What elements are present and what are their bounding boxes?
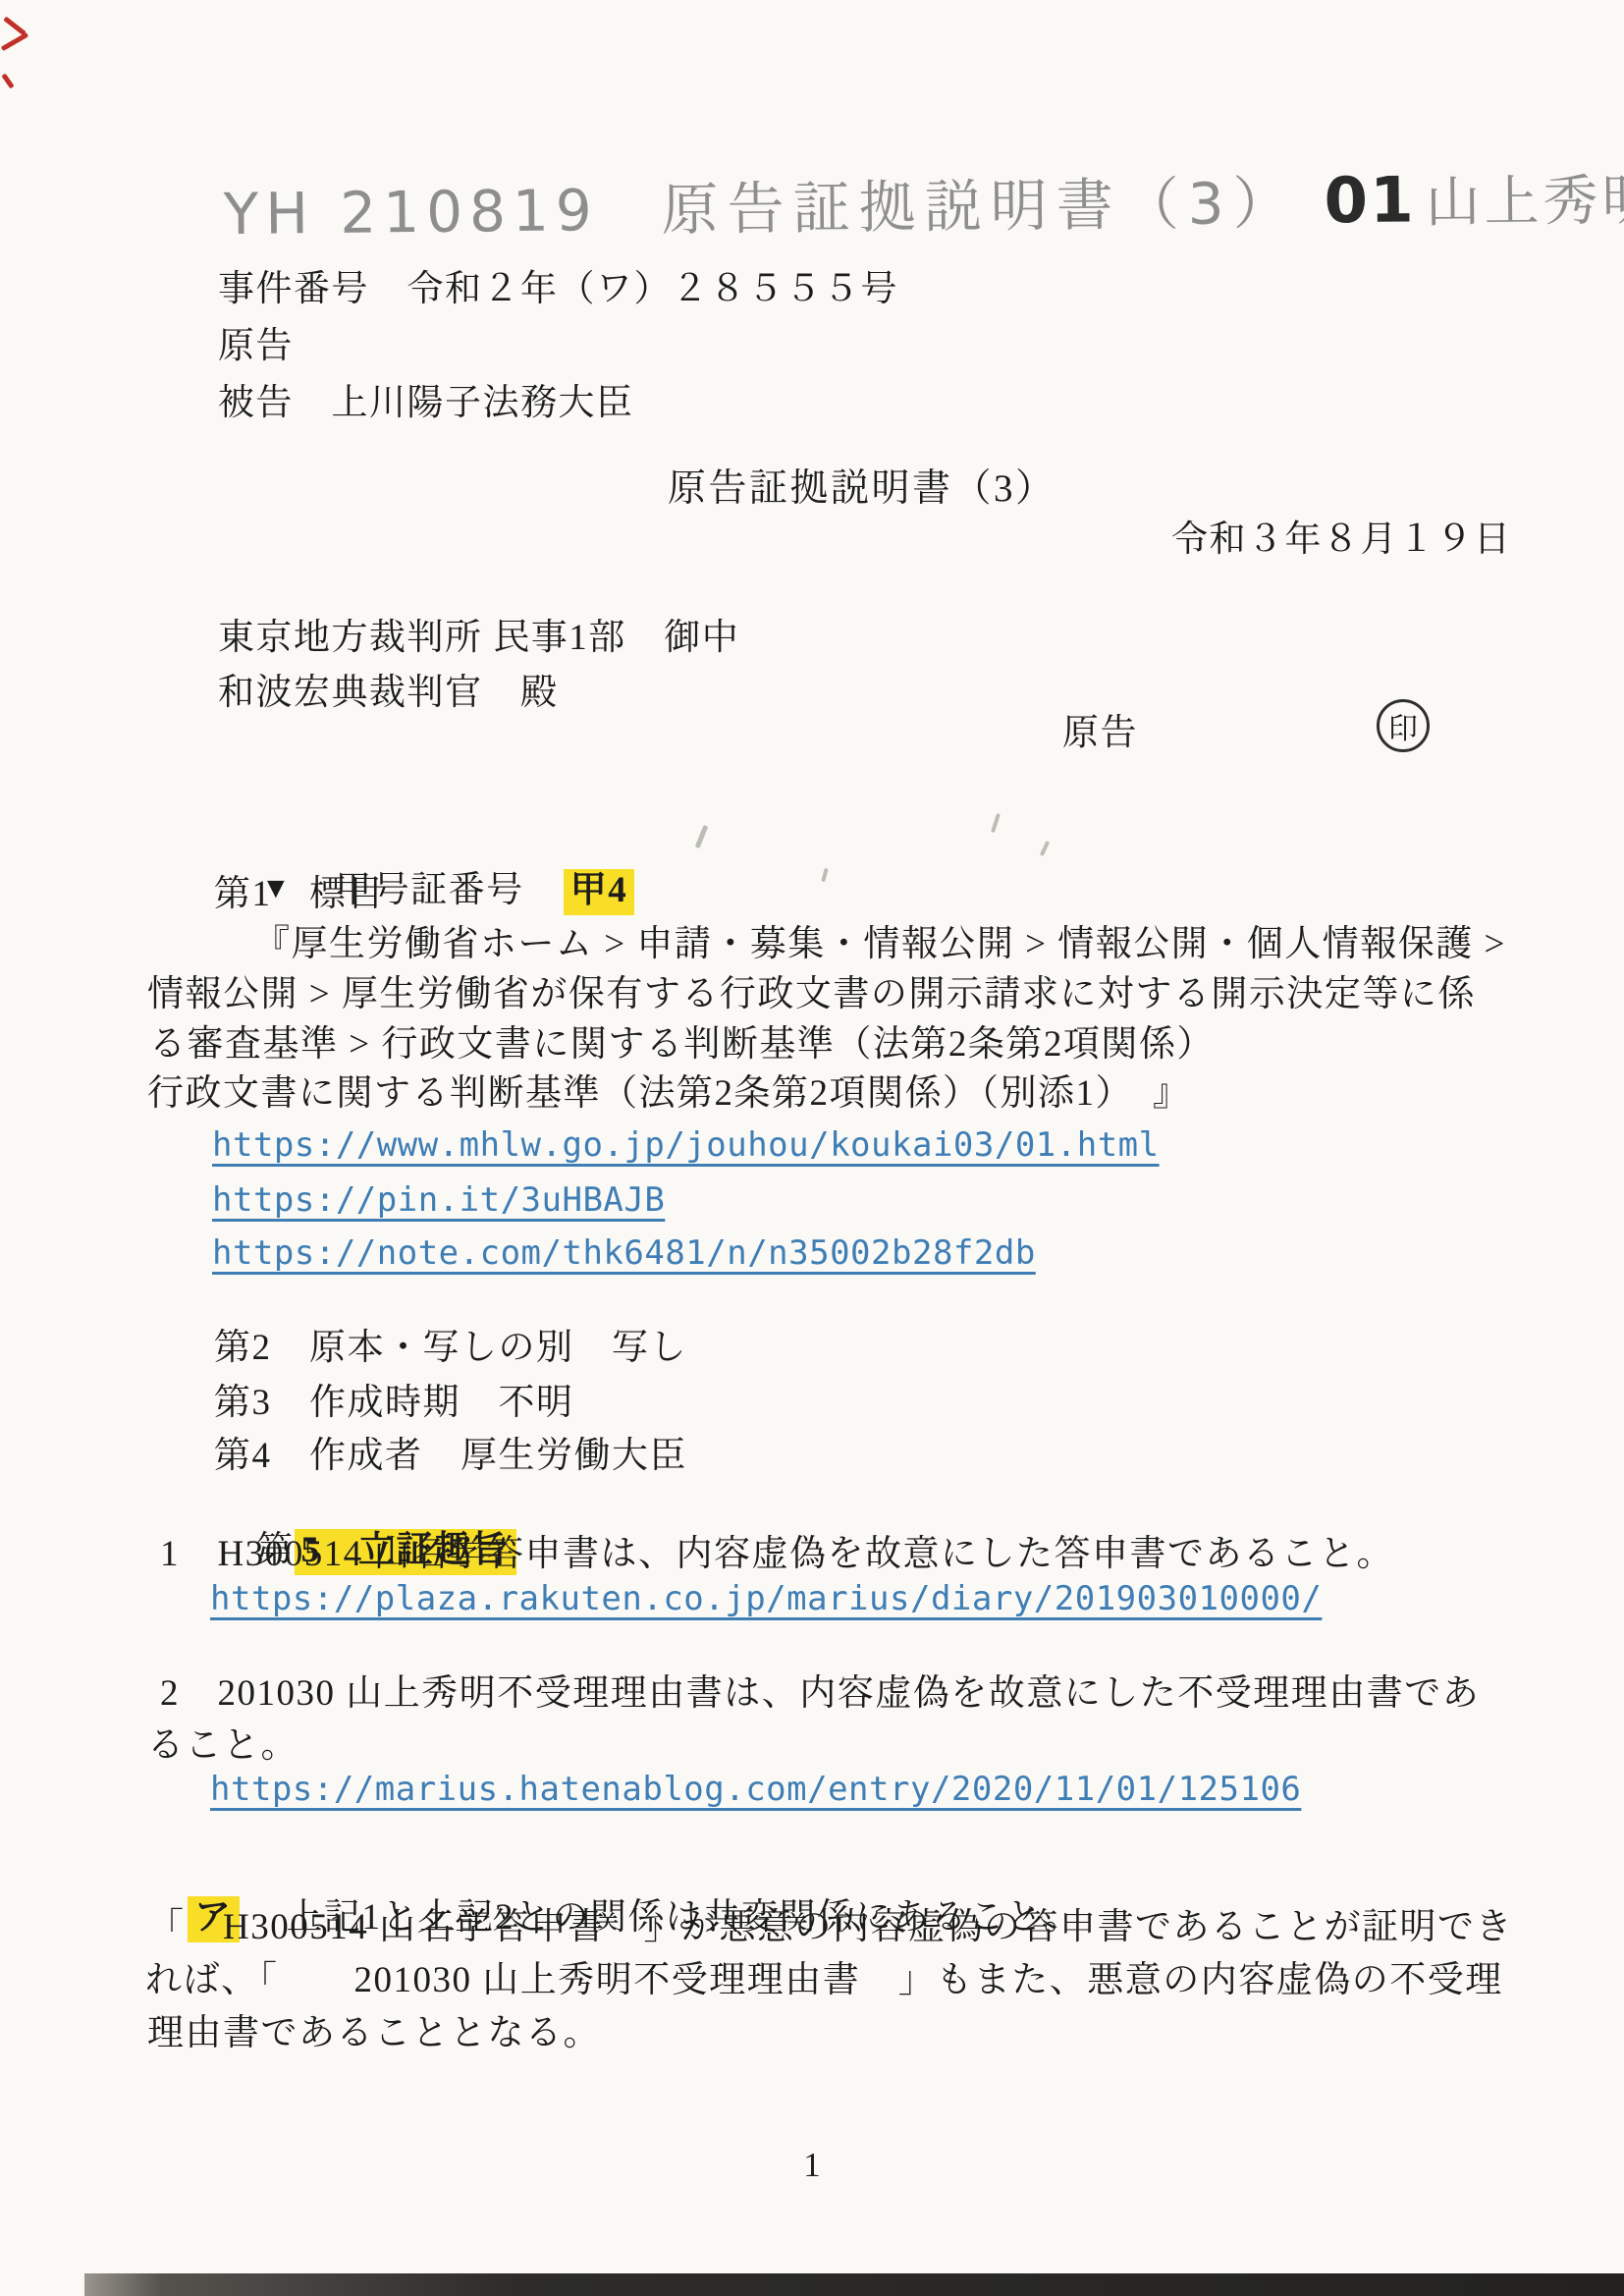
item-2-url: https://marius.hatenablog.com/entry/2020… xyxy=(210,1770,1301,1809)
page-number: 1 xyxy=(0,2146,1624,2185)
defendant-line: 被告 上川陽子法務大臣 xyxy=(218,381,634,426)
scan-artifact xyxy=(991,813,1001,833)
case-number-line: 事件番号 令和２年（ワ）２８５５５号 xyxy=(218,267,898,312)
scan-artifact xyxy=(1040,841,1050,856)
scan-edge-artifact xyxy=(84,2273,1624,2296)
point-a-body-line: れば、「 201030 山上秀明不受理理由書 」もまた、悪意の内容虚偽の不受理 xyxy=(145,1958,1503,2003)
section-2-line: 第2 原本・写しの別 写し xyxy=(214,1326,687,1371)
subject-line: る審査基準 > 行政文書に関する判断基準（法第2条第2項関係） xyxy=(149,1022,1215,1067)
section-4-line: 第4 作成者 厚生労働大臣 xyxy=(214,1434,687,1479)
handwritten-code: YH 210819 xyxy=(223,177,599,247)
scanned-document-page: YH 210819原告証拠説明書（3）01山上秀明 事件番号 令和２年（ワ）２８… xyxy=(0,0,1624,2296)
addressee-judge: 和波宏典裁判官 殿 xyxy=(218,671,559,716)
item-1-text: 1 H300514 山名学答申書は、内容虚偽を故意にした答申書であること。 xyxy=(160,1532,1394,1577)
section-3-line: 第3 作成時期 不明 xyxy=(214,1381,574,1426)
seal-stamp-icon: 印 xyxy=(1377,699,1430,752)
scan-artifact xyxy=(695,825,709,848)
subject-url: https://pin.it/3uHBAJB xyxy=(212,1180,665,1220)
item-2-text: ること。 xyxy=(147,1723,298,1769)
subject-url: https://www.mhlw.go.jp/jouhou/koukai03/0… xyxy=(212,1125,1160,1165)
subject-line: 行政文書に関する判断基準（法第2条第2項関係）（別添1） 』 xyxy=(147,1071,1191,1117)
scan-artifact xyxy=(821,868,828,883)
item-2-text: 2 201030 山上秀明不受理理由書は、内容虚偽を故意にした不受理理由書であ xyxy=(160,1671,1480,1717)
addressee-court: 東京地方裁判所 民事1部 御中 xyxy=(218,616,739,661)
handwritten-title: 原告証拠説明書（3） xyxy=(661,170,1299,244)
handwritten-number: 01 xyxy=(1324,164,1416,238)
plaintiff-line: 原告 xyxy=(218,324,294,369)
point-a-body-line: 理由書であることとなる。 xyxy=(147,2011,601,2056)
evidence-number-highlight: 甲4 xyxy=(564,869,635,915)
section-1-label: 第1 標目 xyxy=(214,872,385,917)
red-pen-mark xyxy=(1,32,28,51)
subject-line: 情報公開 > 厚生労働省が保有する行政文書の開示請求に対する開示決定等に係 xyxy=(147,972,1476,1017)
red-pen-mark xyxy=(1,74,14,89)
document-date: 令和３年８月１９日 xyxy=(1171,518,1512,563)
point-a-body-line: 「 H300514 山名学答申書 」が悪意の内容虚偽の答申書であることが証明でき xyxy=(147,1905,1513,1950)
subject-line: 『厚生労働省ホーム > 申請・募集・情報公開 > 情報公開・個人情報保護 > xyxy=(253,922,1506,967)
subject-url: https://note.com/thk6481/n/n35002b28f2db xyxy=(212,1233,1036,1273)
signature-label: 原告 xyxy=(1062,711,1138,756)
document-title: 原告証拠説明書（3） xyxy=(668,465,1056,514)
item-1-url: https://plaza.rakuten.co.jp/marius/diary… xyxy=(210,1579,1322,1618)
handwritten-author: 山上秀明 xyxy=(1425,169,1624,236)
